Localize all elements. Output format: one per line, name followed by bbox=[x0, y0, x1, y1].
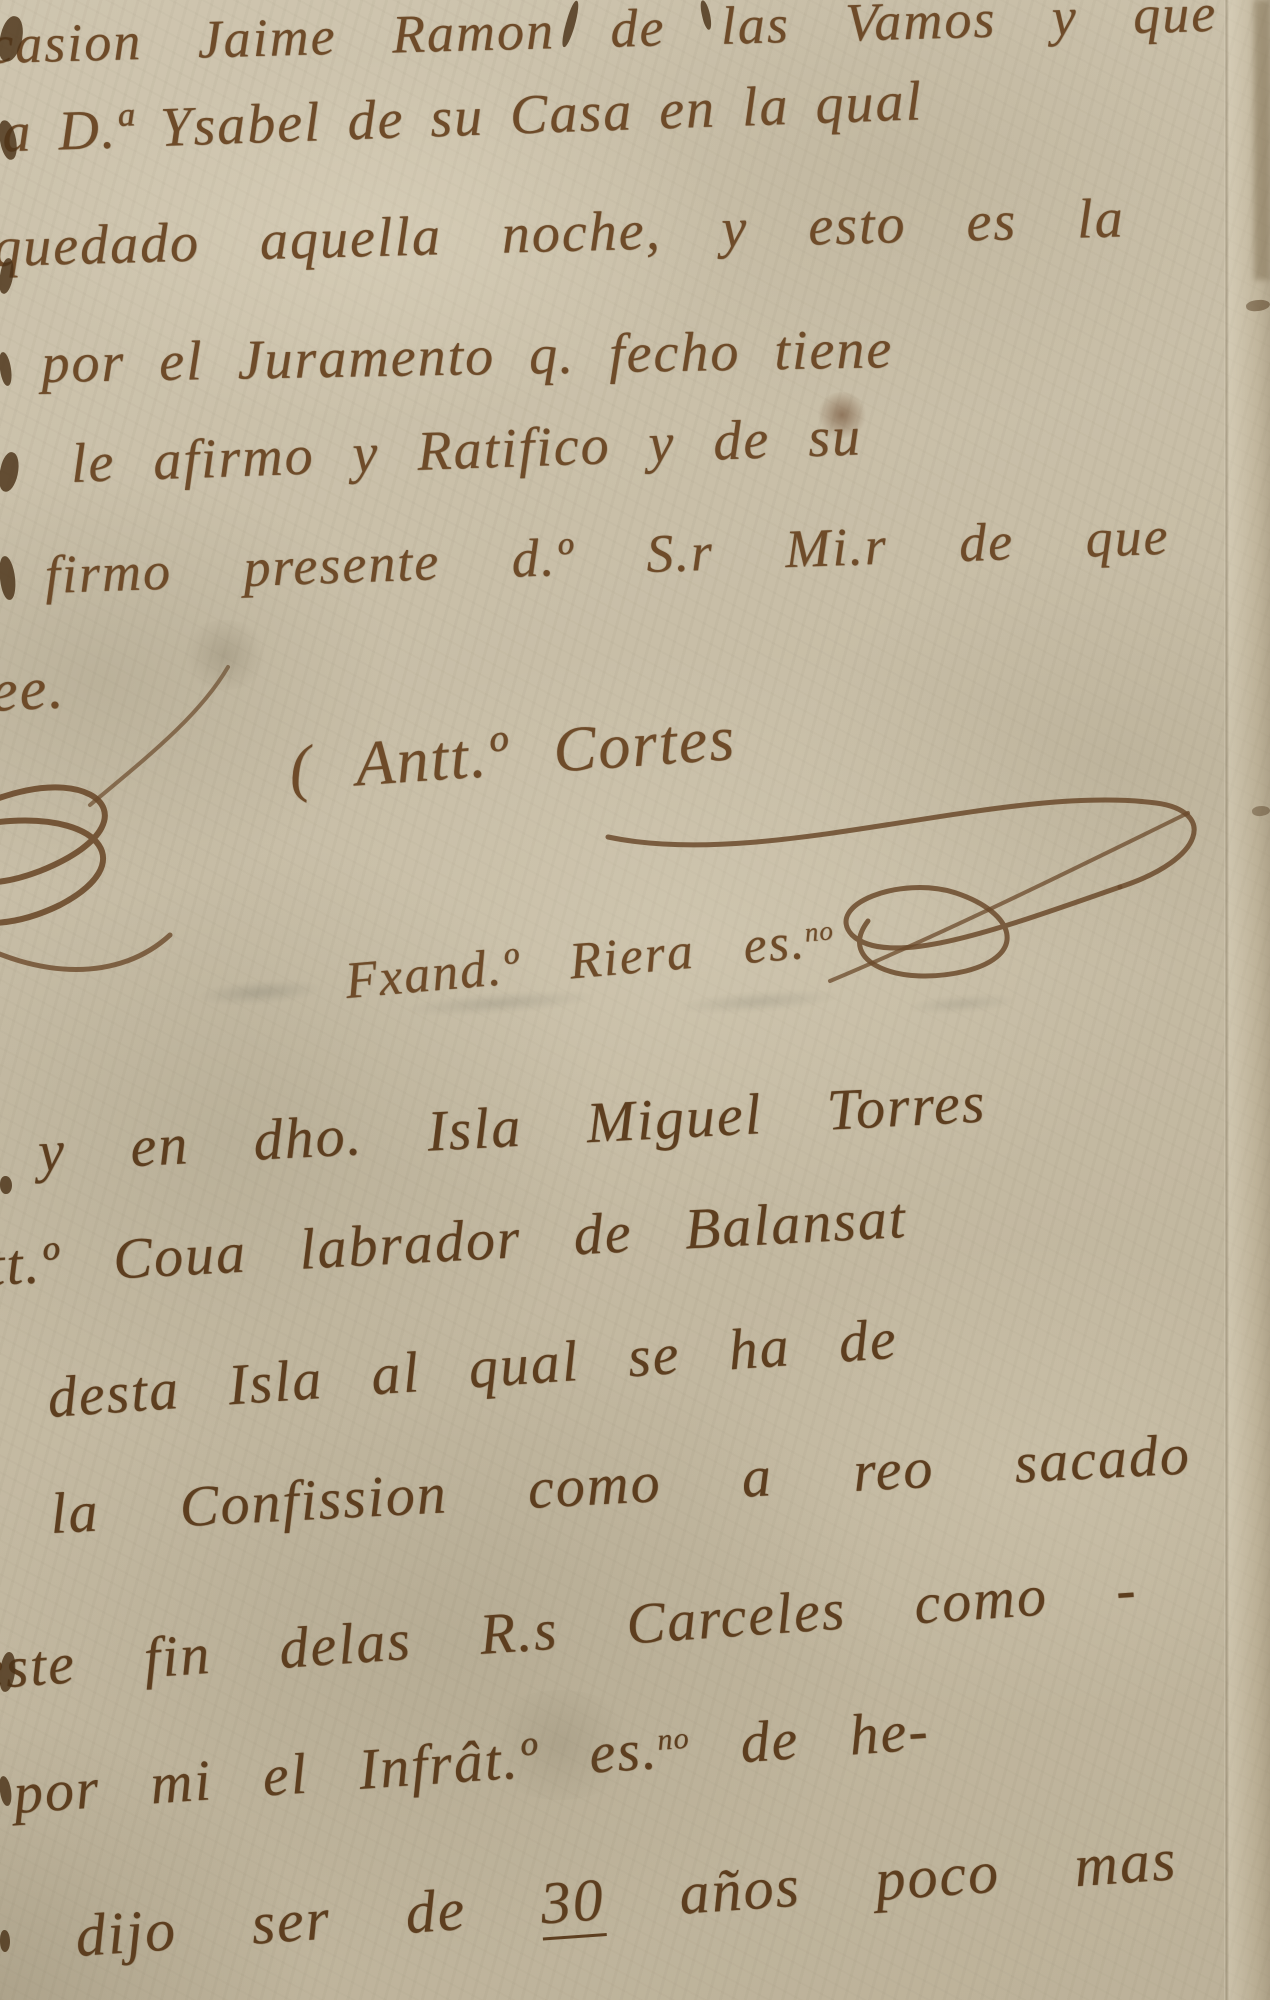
manuscript-line-9: tt.º Coua labrador de Balansat bbox=[0, 1184, 908, 1299]
manuscript-line-2: la D.ª Ysabel de su Casa en la qual bbox=[0, 69, 924, 166]
manuscript-photo: casion Jaime Ramon de las Vamos y que la… bbox=[0, 0, 1270, 2000]
manuscript-line-5: le afirmo y Ratifico y de su bbox=[70, 404, 863, 496]
cut-ink-fragment bbox=[0, 1775, 13, 1806]
infrato-superscript: no bbox=[656, 1721, 690, 1757]
manuscript-line-10: desta Isla al qual se ha de bbox=[45, 1305, 899, 1431]
cut-ink-fragment bbox=[0, 351, 13, 386]
cut-ink-fragment bbox=[0, 1930, 10, 1952]
infrato-pre: por mi el Infrât.º es. bbox=[11, 1716, 660, 1826]
paper-stain bbox=[180, 620, 270, 690]
manuscript-line-4: por el Juramento q. fecho tiene bbox=[41, 317, 894, 396]
manuscript-line-12: este fin delas R.s Carceles como - bbox=[0, 1555, 1139, 1703]
cut-ink-fragment bbox=[0, 555, 17, 600]
page-edge-shadow bbox=[1254, 0, 1270, 280]
age-number: 30 bbox=[538, 1866, 607, 1940]
manuscript-line-14-age: dijo ser de 30 años poco mas bbox=[73, 1825, 1179, 1971]
age-post: años poco mas bbox=[602, 1826, 1179, 1932]
age-pre: dijo ser de bbox=[73, 1871, 543, 1969]
cut-ink-fragment bbox=[0, 451, 22, 494]
manuscript-line-13: por mi el Infrât.º es.no de he- bbox=[11, 1696, 931, 1827]
infrato-post: de he- bbox=[688, 1697, 932, 1779]
manuscript-line-8: y en dho. Isla Miguel Torres bbox=[36, 1068, 987, 1185]
manuscript-line-6: firmo presente d.º S.r Mi.r de que bbox=[44, 505, 1171, 606]
page-right-edge bbox=[1229, 0, 1270, 2000]
manuscript-line-1: casion Jaime Ramon de las Vamos y que bbox=[0, 0, 1218, 76]
cut-ink-fragment bbox=[0, 1176, 12, 1194]
manuscript-line-3: quedado aquella noche, y esto es la bbox=[0, 186, 1125, 280]
manuscript-line-7-fee: fee. bbox=[0, 653, 67, 727]
manuscript-line-11: la Confission como a reo sacado bbox=[48, 1420, 1192, 1547]
